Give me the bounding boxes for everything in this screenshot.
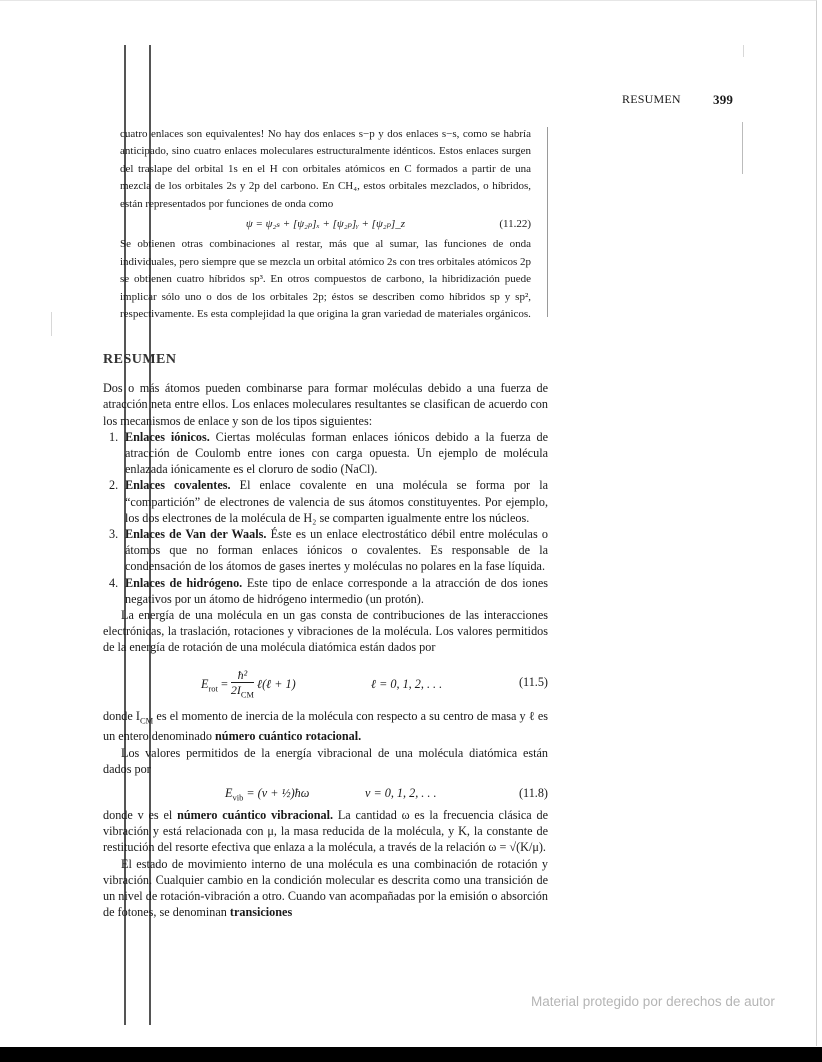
margin-tick: [742, 122, 743, 174]
summary-intro: Dos o más átomos pueden combinarse para …: [103, 380, 548, 429]
equation-number: (11.5): [519, 674, 548, 690]
eq-lhs-sub: rot: [208, 683, 217, 693]
eq-lhs-sub: vib: [232, 792, 243, 802]
margin-tick: [51, 312, 52, 336]
vibrational-definition: donde v es el número cuántico vibraciona…: [103, 807, 548, 856]
term: transiciones: [230, 905, 292, 919]
list-item: 2. Enlaces covalentes. El enlace covalen…: [103, 477, 548, 526]
section-heading: RESUMEN: [103, 352, 548, 368]
text: El estado de movimiento interno de una m…: [103, 857, 548, 920]
fraction-denominator: 2ICM: [231, 683, 254, 702]
eq-condition: v = 0, 1, 2, . . .: [365, 785, 437, 801]
equation-11-8: Evib = (v + ½)ħω v = 0, 1, 2, . . . (11.…: [103, 783, 548, 803]
list-number: 1.: [109, 429, 118, 445]
bottom-bar: [0, 1047, 822, 1062]
equation-number: (11.8): [519, 785, 548, 801]
den-text: 2I: [231, 683, 241, 697]
energy-paragraph: La energía de una molécula en un gas con…: [103, 607, 548, 656]
page-number: 399: [713, 92, 733, 108]
list-number: 4.: [109, 575, 118, 591]
equation-number: (11.22): [499, 216, 531, 233]
fraction-numerator: ħ²: [231, 668, 254, 683]
term: número cuántico rotacional.: [215, 729, 361, 743]
eq-rhs: = (v + ½)ħω: [246, 786, 309, 800]
state-paragraph: El estado de movimiento interno de una m…: [103, 856, 548, 921]
fraction: ħ² 2ICM: [231, 668, 254, 702]
text: donde v es el: [103, 808, 177, 822]
list-term: Enlaces de hidrógeno.: [125, 576, 242, 590]
box-rule: [547, 127, 548, 317]
eq-rest: ℓ(ℓ + 1): [257, 677, 296, 691]
copyright-watermark: Material protegido por derechos de autor: [531, 994, 775, 1009]
list-number: 3.: [109, 526, 118, 542]
equation-11-22: ψ = ψ₂ₛ + [ψ₂ₚ]ₓ + [ψ₂ₚ]ᵧ + [ψ₂ₚ]_z (11.…: [120, 216, 531, 233]
equation-11-5: Erot = ħ² 2ICM ℓ(ℓ + 1) ℓ = 0, 1, 2, . .…: [103, 666, 548, 700]
boxed-paragraph-2: Se obtienen otras combinaciones al resta…: [120, 236, 531, 323]
eq-condition: ℓ = 0, 1, 2, . . .: [371, 676, 442, 692]
text: donde I: [103, 709, 140, 723]
term: número cuántico vibracional.: [177, 808, 333, 822]
rotational-definition: donde ICM es el momento de inercia de la…: [103, 708, 548, 745]
boxed-paragraph-1: cuatro enlaces son equivalentes! No hay …: [120, 126, 531, 213]
vibrational-energy-equation: Evib = (v + ½)ħω: [225, 785, 309, 806]
list-number: 2.: [109, 477, 118, 493]
vibrational-paragraph: Los valores permitidos de la energía vib…: [103, 745, 548, 777]
list-term: Enlaces iónicos.: [125, 430, 210, 444]
list-term: Enlaces covalentes.: [125, 478, 231, 492]
sub: CM: [140, 715, 153, 725]
list-item: 3. Enlaces de Van der Waals. Éste es un …: [103, 526, 548, 575]
boxed-section: cuatro enlaces son equivalentes! No hay …: [120, 126, 531, 323]
bond-types-list: 1. Enlaces iónicos. Ciertas moléculas fo…: [103, 429, 548, 607]
den-sub: CM: [241, 690, 254, 699]
equation-body: ψ = ψ₂ₛ + [ψ₂ₚ]ₓ + [ψ₂ₚ]ᵧ + [ψ₂ₚ]_z: [246, 218, 405, 230]
list-item: 4. Enlaces de hidrógeno. Este tipo de en…: [103, 575, 548, 607]
rotational-energy-equation: Erot = ħ² 2ICM ℓ(ℓ + 1): [201, 668, 296, 702]
margin-tick: [743, 45, 744, 57]
list-item: 1. Enlaces iónicos. Ciertas moléculas fo…: [103, 429, 548, 478]
list-term: Enlaces de Van der Waals.: [125, 527, 266, 541]
running-head-title: RESUMEN: [622, 92, 681, 107]
summary-section: RESUMEN Dos o más átomos pueden combinar…: [103, 352, 548, 920]
